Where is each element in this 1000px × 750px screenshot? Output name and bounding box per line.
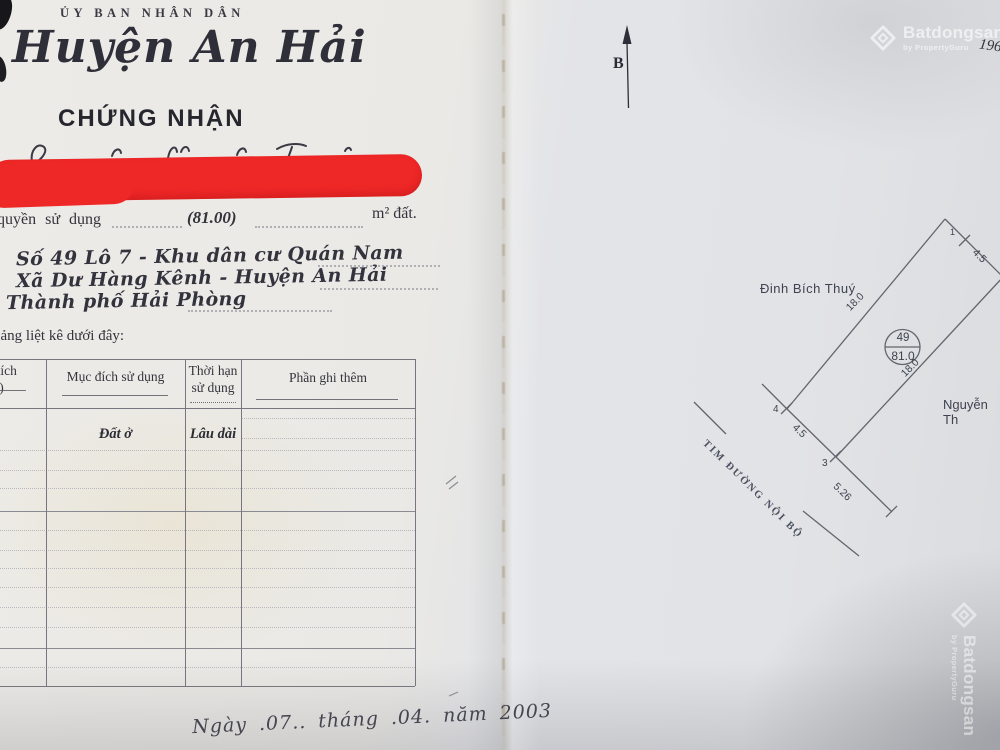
- north-label: B: [613, 55, 624, 73]
- table-row-line: [0, 550, 415, 551]
- area-value: (81.00): [187, 208, 237, 228]
- table-row-line: [0, 470, 415, 471]
- watermark-brand: Batdongsan: [961, 635, 978, 736]
- header-underline: [0, 390, 26, 391]
- corner-label-1: 1: [950, 227, 955, 237]
- usage-rights-label: quyền sử dụng: [0, 211, 101, 229]
- survey-tick: [886, 506, 897, 517]
- district-name-script: Huyện An Hải: [12, 22, 367, 73]
- watermark-tagline: by PropertyGuru: [950, 635, 959, 736]
- dotted-leader: [255, 225, 363, 228]
- table-row-line: [0, 607, 415, 608]
- boundary-extension-se: [836, 457, 892, 512]
- survey-tick: [830, 451, 841, 462]
- table-row-line: [0, 568, 415, 569]
- parcel-area: 81.0: [884, 349, 922, 363]
- watermark-tagline: by PropertyGuru: [903, 43, 1000, 52]
- col-header-term: Thời hạn sử dụng: [185, 363, 241, 397]
- table-row-line: [0, 450, 415, 451]
- col-header-area: Diện tích (m²): [0, 363, 46, 397]
- land-use-table: Diện tích (m²) Mục đích sử dụng Thời hạn…: [0, 359, 418, 688]
- table-row-line: [0, 587, 415, 588]
- table-row-line: [241, 438, 415, 439]
- watermark-brand: Batdongsan: [903, 24, 1000, 41]
- land-purpose-value: Đất ở: [46, 425, 185, 443]
- neighbor-label-right: Nguyễn Th: [943, 397, 1000, 427]
- table-row-line: [0, 488, 415, 489]
- neighbor-label-top: Đinh Bích Thuý: [760, 281, 856, 296]
- header-underline: [62, 395, 168, 396]
- table-row-line: [0, 648, 415, 649]
- scanned-land-certificate: ỦY BAN NHÂN DÂN Huyện An Hải CHỨNG NHẬN …: [0, 0, 1000, 750]
- road-centerline: [694, 402, 726, 434]
- table-column-border: [241, 359, 242, 686]
- table-border: [0, 359, 415, 360]
- table-column-border: [185, 359, 186, 686]
- table-bottom-border: [0, 686, 415, 687]
- corner-label-3: 3: [822, 458, 828, 469]
- listing-intro-text: bảng liệt kê dưới đây:: [0, 328, 124, 345]
- table-row-line: [241, 418, 415, 419]
- road-centerline: [803, 511, 859, 556]
- dotted-leader: [320, 287, 438, 290]
- survey-tick: [781, 403, 792, 414]
- parcel-number: 49: [888, 332, 918, 344]
- table-row-line: [0, 627, 415, 628]
- header-underline: [190, 402, 236, 403]
- scan-artifact: [0, 55, 8, 83]
- dimension-width-bottom: 4.5: [790, 422, 809, 441]
- dimension-width-top: 4.5: [970, 247, 989, 266]
- parcel-edge-4-1: [787, 219, 945, 409]
- col-header-notes: Phần ghi thêm: [241, 370, 415, 387]
- dotted-leader: [188, 309, 332, 312]
- table-row-line: [0, 530, 415, 531]
- watermark-top-right: Batdongsan by PropertyGuru: [870, 24, 1000, 52]
- batdongsan-logo-icon: [870, 25, 896, 51]
- land-term-value: Lâu dài: [185, 425, 241, 443]
- issuing-authority: ỦY BAN NHÂN DÂN: [60, 6, 245, 21]
- certify-heading: CHỨNG NHẬN: [58, 105, 245, 133]
- corner-label-4: 4: [773, 404, 779, 415]
- redaction-bar-end: [0, 163, 135, 208]
- table-header-separator: [0, 408, 415, 409]
- col-header-purpose: Mục đích sử dụng: [46, 369, 185, 386]
- table-column-border: [46, 359, 47, 686]
- watermark-bottom-right: Batdongsan by PropertyGuru: [950, 602, 978, 750]
- batdongsan-logo-icon: [951, 602, 977, 628]
- header-underline: [256, 399, 398, 400]
- table-row-line: [0, 511, 415, 512]
- table-row-line: [0, 667, 415, 668]
- road-label: TIM ĐƯỜNG NỘI BỘ: [700, 438, 805, 541]
- table-right-border: [415, 359, 416, 686]
- survey-tick: [959, 235, 970, 246]
- area-unit: m² đất.: [372, 205, 417, 223]
- page-fold-crease: [502, 0, 505, 750]
- dotted-leader: [112, 225, 182, 228]
- dimension-extension: 5.26: [831, 481, 854, 504]
